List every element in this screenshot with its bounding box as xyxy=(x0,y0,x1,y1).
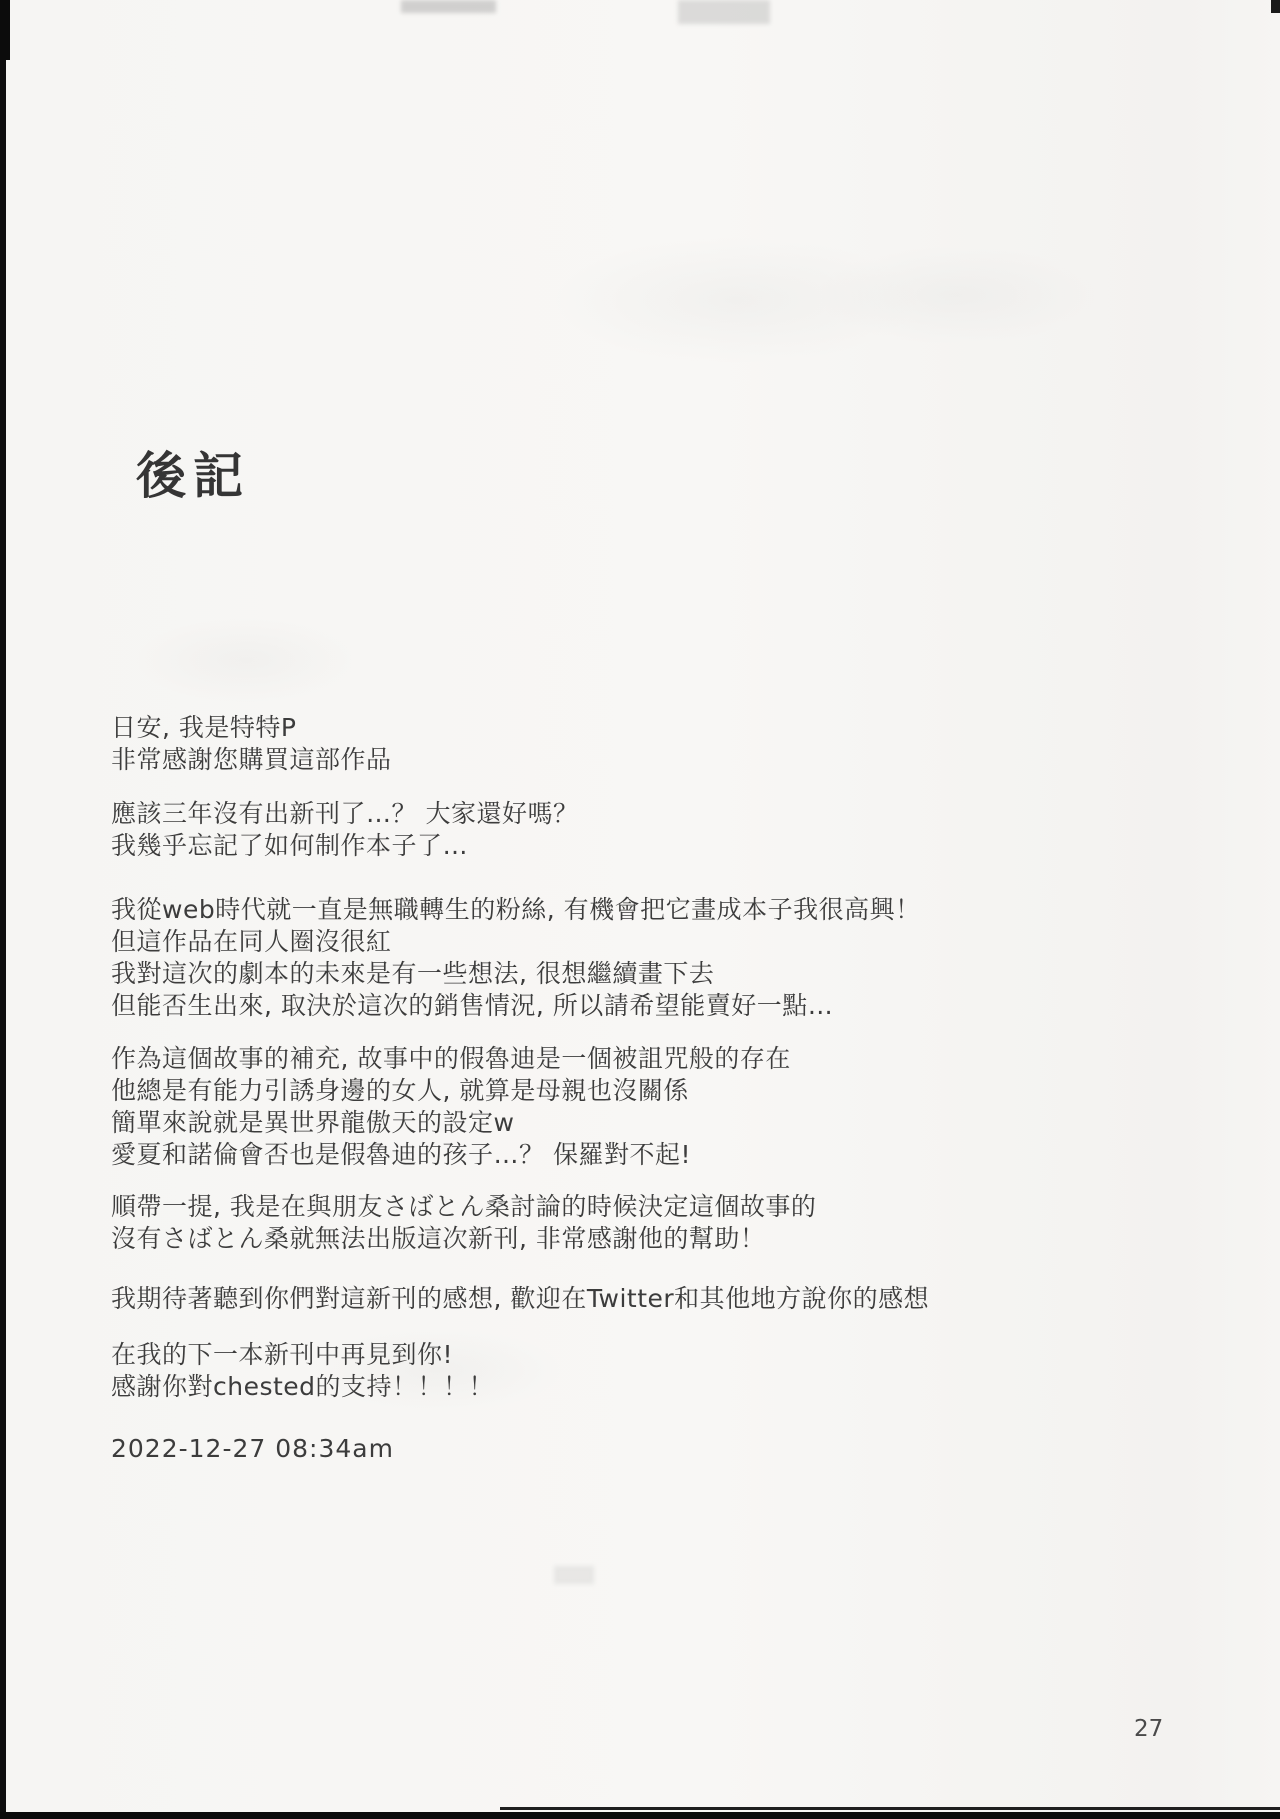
scan-border-bottom xyxy=(0,1812,1280,1819)
scan-border-left xyxy=(0,0,6,1819)
afterword-paragraph: 在我的下一本新刊中再見到你! 感謝你對chested的支持！！！！ xyxy=(111,1339,494,1403)
scan-artifact xyxy=(678,0,770,24)
afterword-line: 但能否生出來, 取決於這次的銷售情況, 所以請希望能賣好一點… xyxy=(111,990,921,1022)
afterword-line: 日安, 我是特特P xyxy=(111,712,392,744)
afterword-line: 我期待著聽到你們對這新刊的感想, 歡迎在Twitter和其他地方說你的感想 xyxy=(111,1283,929,1315)
scan-artifact xyxy=(500,1807,1280,1810)
scan-artifact xyxy=(554,1566,594,1584)
afterword-line: 沒有さばとん桑就無法出版這次新刊, 非常感謝他的幫助！ xyxy=(111,1223,816,1255)
afterword-line: 我幾乎忘記了如何制作本子了… xyxy=(111,830,578,862)
scan-border-corner xyxy=(0,0,10,60)
page-number: 27 xyxy=(1134,1716,1163,1742)
afterword-line: 他總是有能力引誘身邊的女人, 就算是母親也沒關係 xyxy=(111,1075,791,1107)
afterword-line: 簡單來說就是異世界龍傲天的設定w xyxy=(111,1107,791,1139)
afterword-paragraph: 順帶一提, 我是在與朋友さばとん桑討論的時候決定這個故事的 沒有さばとん桑就無法… xyxy=(111,1191,816,1255)
afterword-line: 愛夏和諾倫會否也是假魯迪的孩子…？ 保羅對不起! xyxy=(111,1139,791,1171)
scanned-afterword-page: { "page": { "title": "後記", "date": "2022… xyxy=(0,0,1280,1819)
page-title: 後記 xyxy=(136,436,250,508)
afterword-line: 作為這個故事的補充, 故事中的假魯迪是一個被詛咒般的存在 xyxy=(111,1043,791,1075)
paper-page: 後記 日安, 我是特特P 非常感謝您購買這部作品 應該三年沒有出新刊了…？ 大家… xyxy=(6,0,1280,1813)
afterword-line: 順帶一提, 我是在與朋友さばとん桑討論的時候決定這個故事的 xyxy=(111,1191,816,1223)
afterword-line: 應該三年沒有出新刊了…？ 大家還好嗎？ xyxy=(111,798,578,830)
afterword-line: 我對這次的劇本的未來是有一些想法, 很想繼續畫下去 xyxy=(111,958,921,990)
date-stamp: 2022-12-27 08:34am xyxy=(111,1434,394,1463)
afterword-line: 我從web時代就一直是無職轉生的粉絲, 有機會把它畫成本子我很高興！ xyxy=(111,894,921,926)
afterword-paragraph: 我從web時代就一直是無職轉生的粉絲, 有機會把它畫成本子我很高興！ 但這作品在… xyxy=(111,894,921,1022)
afterword-line: 非常感謝您購買這部作品 xyxy=(111,744,392,776)
afterword-paragraph: 我期待著聽到你們對這新刊的感想, 歡迎在Twitter和其他地方說你的感想 xyxy=(111,1283,929,1315)
afterword-paragraph: 作為這個故事的補充, 故事中的假魯迪是一個被詛咒般的存在 他總是有能力引誘身邊的… xyxy=(111,1043,791,1171)
afterword-line: 在我的下一本新刊中再見到你! xyxy=(111,1339,494,1371)
afterword-line: 但這作品在同人圈沒很紅 xyxy=(111,926,921,958)
scan-artifact xyxy=(1271,0,1280,13)
afterword-paragraph: 日安, 我是特特P 非常感謝您購買這部作品 xyxy=(111,712,392,776)
afterword-line: 感謝你對chested的支持！！！！ xyxy=(111,1371,494,1403)
scan-artifact xyxy=(401,0,496,13)
afterword-paragraph: 應該三年沒有出新刊了…？ 大家還好嗎？ 我幾乎忘記了如何制作本子了… xyxy=(111,798,578,862)
